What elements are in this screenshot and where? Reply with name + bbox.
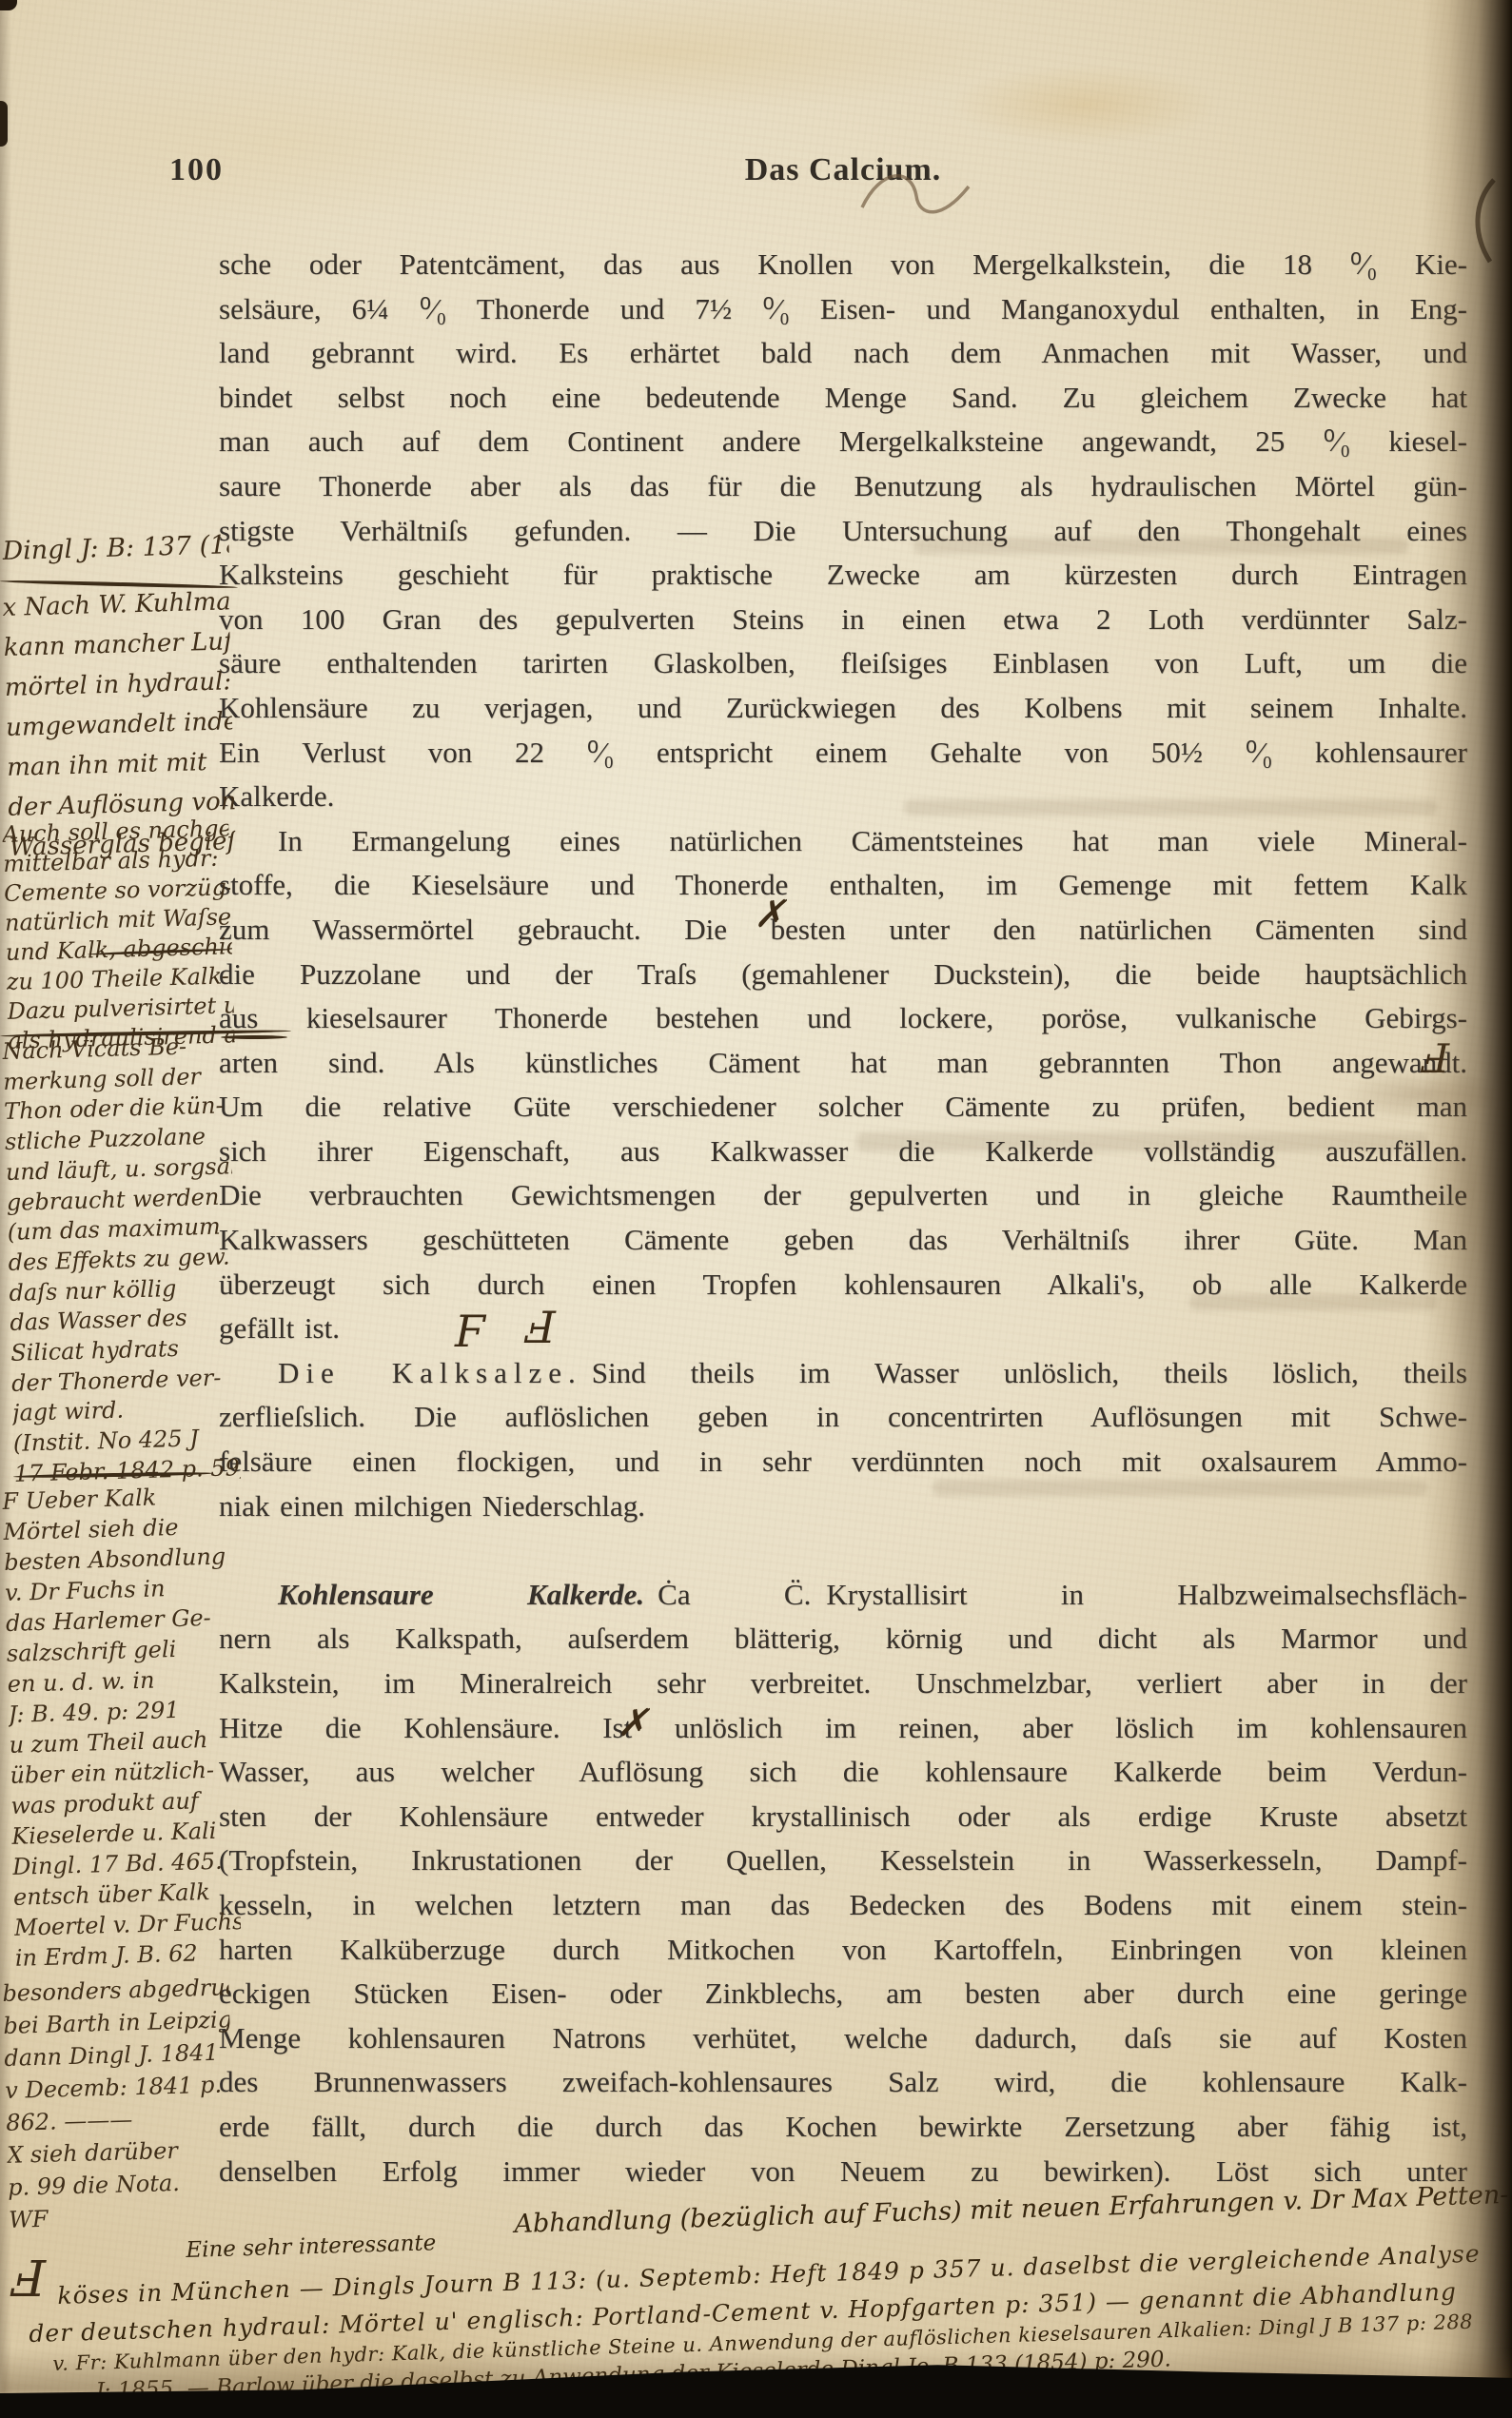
text-line: Moertel v. Dr Fuchs [14, 1906, 242, 1943]
text-line: man ihn mit mit [7, 741, 234, 788]
text-line: über ein nützlich- [10, 1754, 237, 1791]
text-line: eckigen Stücken Eisen- oder Zinkblechs, … [219, 1972, 1467, 2016]
text-line: Die Kalksalze.Sind theils im Wasser unlö… [219, 1351, 1467, 1396]
text-line: harten Kalküberzuge durch Mitkochen von … [219, 1928, 1467, 1973]
hand-f-mark: Ϝ [455, 1306, 485, 1357]
kalksalze-lead: Die Kalksalze. [278, 1356, 582, 1389]
text-line: in Erdm J. B. 62 [14, 1936, 242, 1974]
chemical-formula: Ċa C̈. [658, 1578, 811, 1611]
hand-f-mark: Ⅎ [525, 1302, 556, 1353]
text-line: sche oder Patentcäment, das aus Knollen … [219, 243, 1467, 287]
page-header: 100 Das Calcium. [219, 152, 1467, 200]
paragraph-ermangelung: In Ermangelung eines natürlichen Cäments… [219, 819, 1467, 1351]
text-line: des Effekts zu gew. [8, 1242, 235, 1278]
text-line: Um die relative Güte verschiedener solch… [219, 1085, 1467, 1130]
text-line: sich ihrer Eigenschaft, aus Kalkwasser d… [219, 1130, 1467, 1174]
text-line: Menge kohlensauren Natrons verhütet, wel… [219, 2016, 1467, 2061]
hand-cross-mark: ✗ [617, 1701, 649, 1745]
text-line: Kalkstein, im Mineralreich sehr verbreit… [219, 1661, 1467, 1706]
text-line: (Tropfstein, Inkrustationen der Quellen,… [219, 1838, 1467, 1883]
text-line: niak einen milchigen Niederschlag. [219, 1484, 1467, 1529]
margin-note-vicat: Nach Vicats Be-merkung soll derThon oder… [2, 1031, 241, 1489]
text-line: Kalksteins geschieht für praktische Zwec… [219, 553, 1467, 598]
text-line: mörtel in hydraul: [4, 661, 231, 708]
text-line: arten sind. Als künstliches Cäment hat m… [219, 1041, 1467, 1086]
text-line: des Brunnenwassers zweifach-kohlensaures… [219, 2060, 1467, 2105]
text-line: Dingl J: B: 137 (1855) p. 288 [2, 526, 229, 571]
text-line: Kalkwassers geschütteten Cämente geben d… [219, 1218, 1467, 1263]
text-line: stoffe, die Kieselsäure und Thonerde ent… [219, 863, 1467, 908]
text-line: kesseln, in welchen letztern man das Bed… [219, 1883, 1467, 1928]
page-number: 100 [169, 152, 224, 188]
printed-text-column: sche oder Patentcäment, das aus Knollen … [219, 243, 1467, 2193]
text-line: WF [9, 2197, 236, 2236]
text-line: von 100 Gran des gepulverten Steins in e… [219, 598, 1467, 642]
book-page-photo: 100 Das Calcium. sche oder Patentcäment,… [0, 0, 1512, 2418]
text-line: nern als Kalkspath, auſserdem blätterig,… [219, 1617, 1467, 1661]
text-line: man auch auf dem Continent andere Mergel… [219, 420, 1467, 464]
text-line: besten Absondlung [4, 1541, 231, 1578]
text-line: erde fällt, durch die durch das Kochen b… [219, 2105, 1467, 2150]
paragraph-kalksalze: Die Kalksalze.Sind theils im Wasser unlö… [219, 1351, 1467, 1528]
paragraph-kohlensaure-kalkerde: Kohlensaure Kalkerde.Ċa C̈.Krystallisirt… [219, 1573, 1467, 2193]
text-line: Die verbrauchten Gewichtsmengen der gepu… [219, 1173, 1467, 1218]
text-line: x Nach W. Kuhlmann [2, 581, 229, 628]
text-line: bindet selbst noch eine bedeutende Menge… [219, 376, 1467, 421]
edge-speck [0, 101, 8, 147]
text-line: Kohlensaure Kalkerde.Ċa C̈.Krystallisirt… [219, 1573, 1467, 1618]
page-title: Das Calcium. [219, 152, 1467, 188]
kalksalze-first-rest: Sind theils im Wasser unlöslich, theils … [592, 1356, 1467, 1389]
text-line: Wasser, aus welcher Auflösung sich die k… [219, 1750, 1467, 1795]
margin-note-auch: Auch soll es nachge-mittelbar als hydr:C… [2, 814, 235, 1056]
hand-cross-mark: ✗ [754, 893, 786, 936]
text-line: In Ermangelung eines natürlichen Cäments… [219, 819, 1467, 864]
text-line: zerflieſslich. Die auflöslichen geben in… [219, 1395, 1467, 1440]
text-line: säure enthaltenden tarirten Glaskolben, … [219, 641, 1467, 686]
text-line: sten der Kohlensäure entweder krystallin… [219, 1795, 1467, 1839]
margin-note-reference: Dingl J: B: 137 (1855) p. 288 [2, 526, 229, 571]
paragraph-continuation: sche oder Patentcäment, das aus Knollen … [219, 243, 1467, 819]
text-line: überzeugt sich durch einen Tropfen kohle… [219, 1263, 1467, 1307]
section-heading [219, 1528, 1467, 1573]
text-line: Ein Verlust von 22 ⁰⁄₀ entspricht einem … [219, 731, 1467, 776]
text-line: stigste Verhältniſs gefunden. — Die Unte… [219, 509, 1467, 554]
margin-note-fuchs: F Ueber KalkMörtel sieh diebesten Absond… [2, 1480, 242, 1973]
para4-first-rest: Krystallisirt in Halbzweimalsechsfläch- [826, 1578, 1467, 1611]
text-line: v Decemb: 1841 p. [5, 2068, 232, 2107]
species-name: Kohlensaure Kalkerde. [278, 1578, 644, 1611]
hand-f-mark: Ⅎ [1422, 1035, 1449, 1082]
text-line: die Puzzolane und der Traſs (gemahlener … [219, 953, 1467, 997]
text-line: Kalkerde. [219, 775, 1467, 819]
text-line: zum Wassermörtel gebraucht. Die besten u… [219, 908, 1467, 953]
text-line: felsäure einen flockigen, und in sehr ve… [219, 1440, 1467, 1484]
text-line: das Harlemer Ge- [6, 1602, 233, 1639]
text-line: kann mancher Luft- [3, 621, 230, 668]
text-line: umgewandelt indem [6, 701, 233, 748]
text-line: Kohlensäure zu verjagen, und Zurückwiege… [219, 686, 1467, 731]
text-line: Hitze die Kohlensäure. Ist unlöslich im … [219, 1706, 1467, 1751]
text-line: saure Thonerde aber als das für die Benu… [219, 464, 1467, 509]
hand-bracket-mark: Ⅎ [11, 2251, 46, 2309]
margin-note-erdmann: besonders abgedrucktbei Barth in Leipzig… [2, 1971, 236, 2236]
text-line: selsäure, 6¼ ⁰⁄₀ Thonerde und 7½ ⁰⁄₀ Eis… [219, 287, 1467, 332]
text-line: aus kieselsaurer Thonerde bestehen und l… [219, 996, 1467, 1041]
text-line: gefällt ist. [219, 1307, 1467, 1351]
text-line: land gebrannt wird. Es erhärtet bald nac… [219, 331, 1467, 376]
